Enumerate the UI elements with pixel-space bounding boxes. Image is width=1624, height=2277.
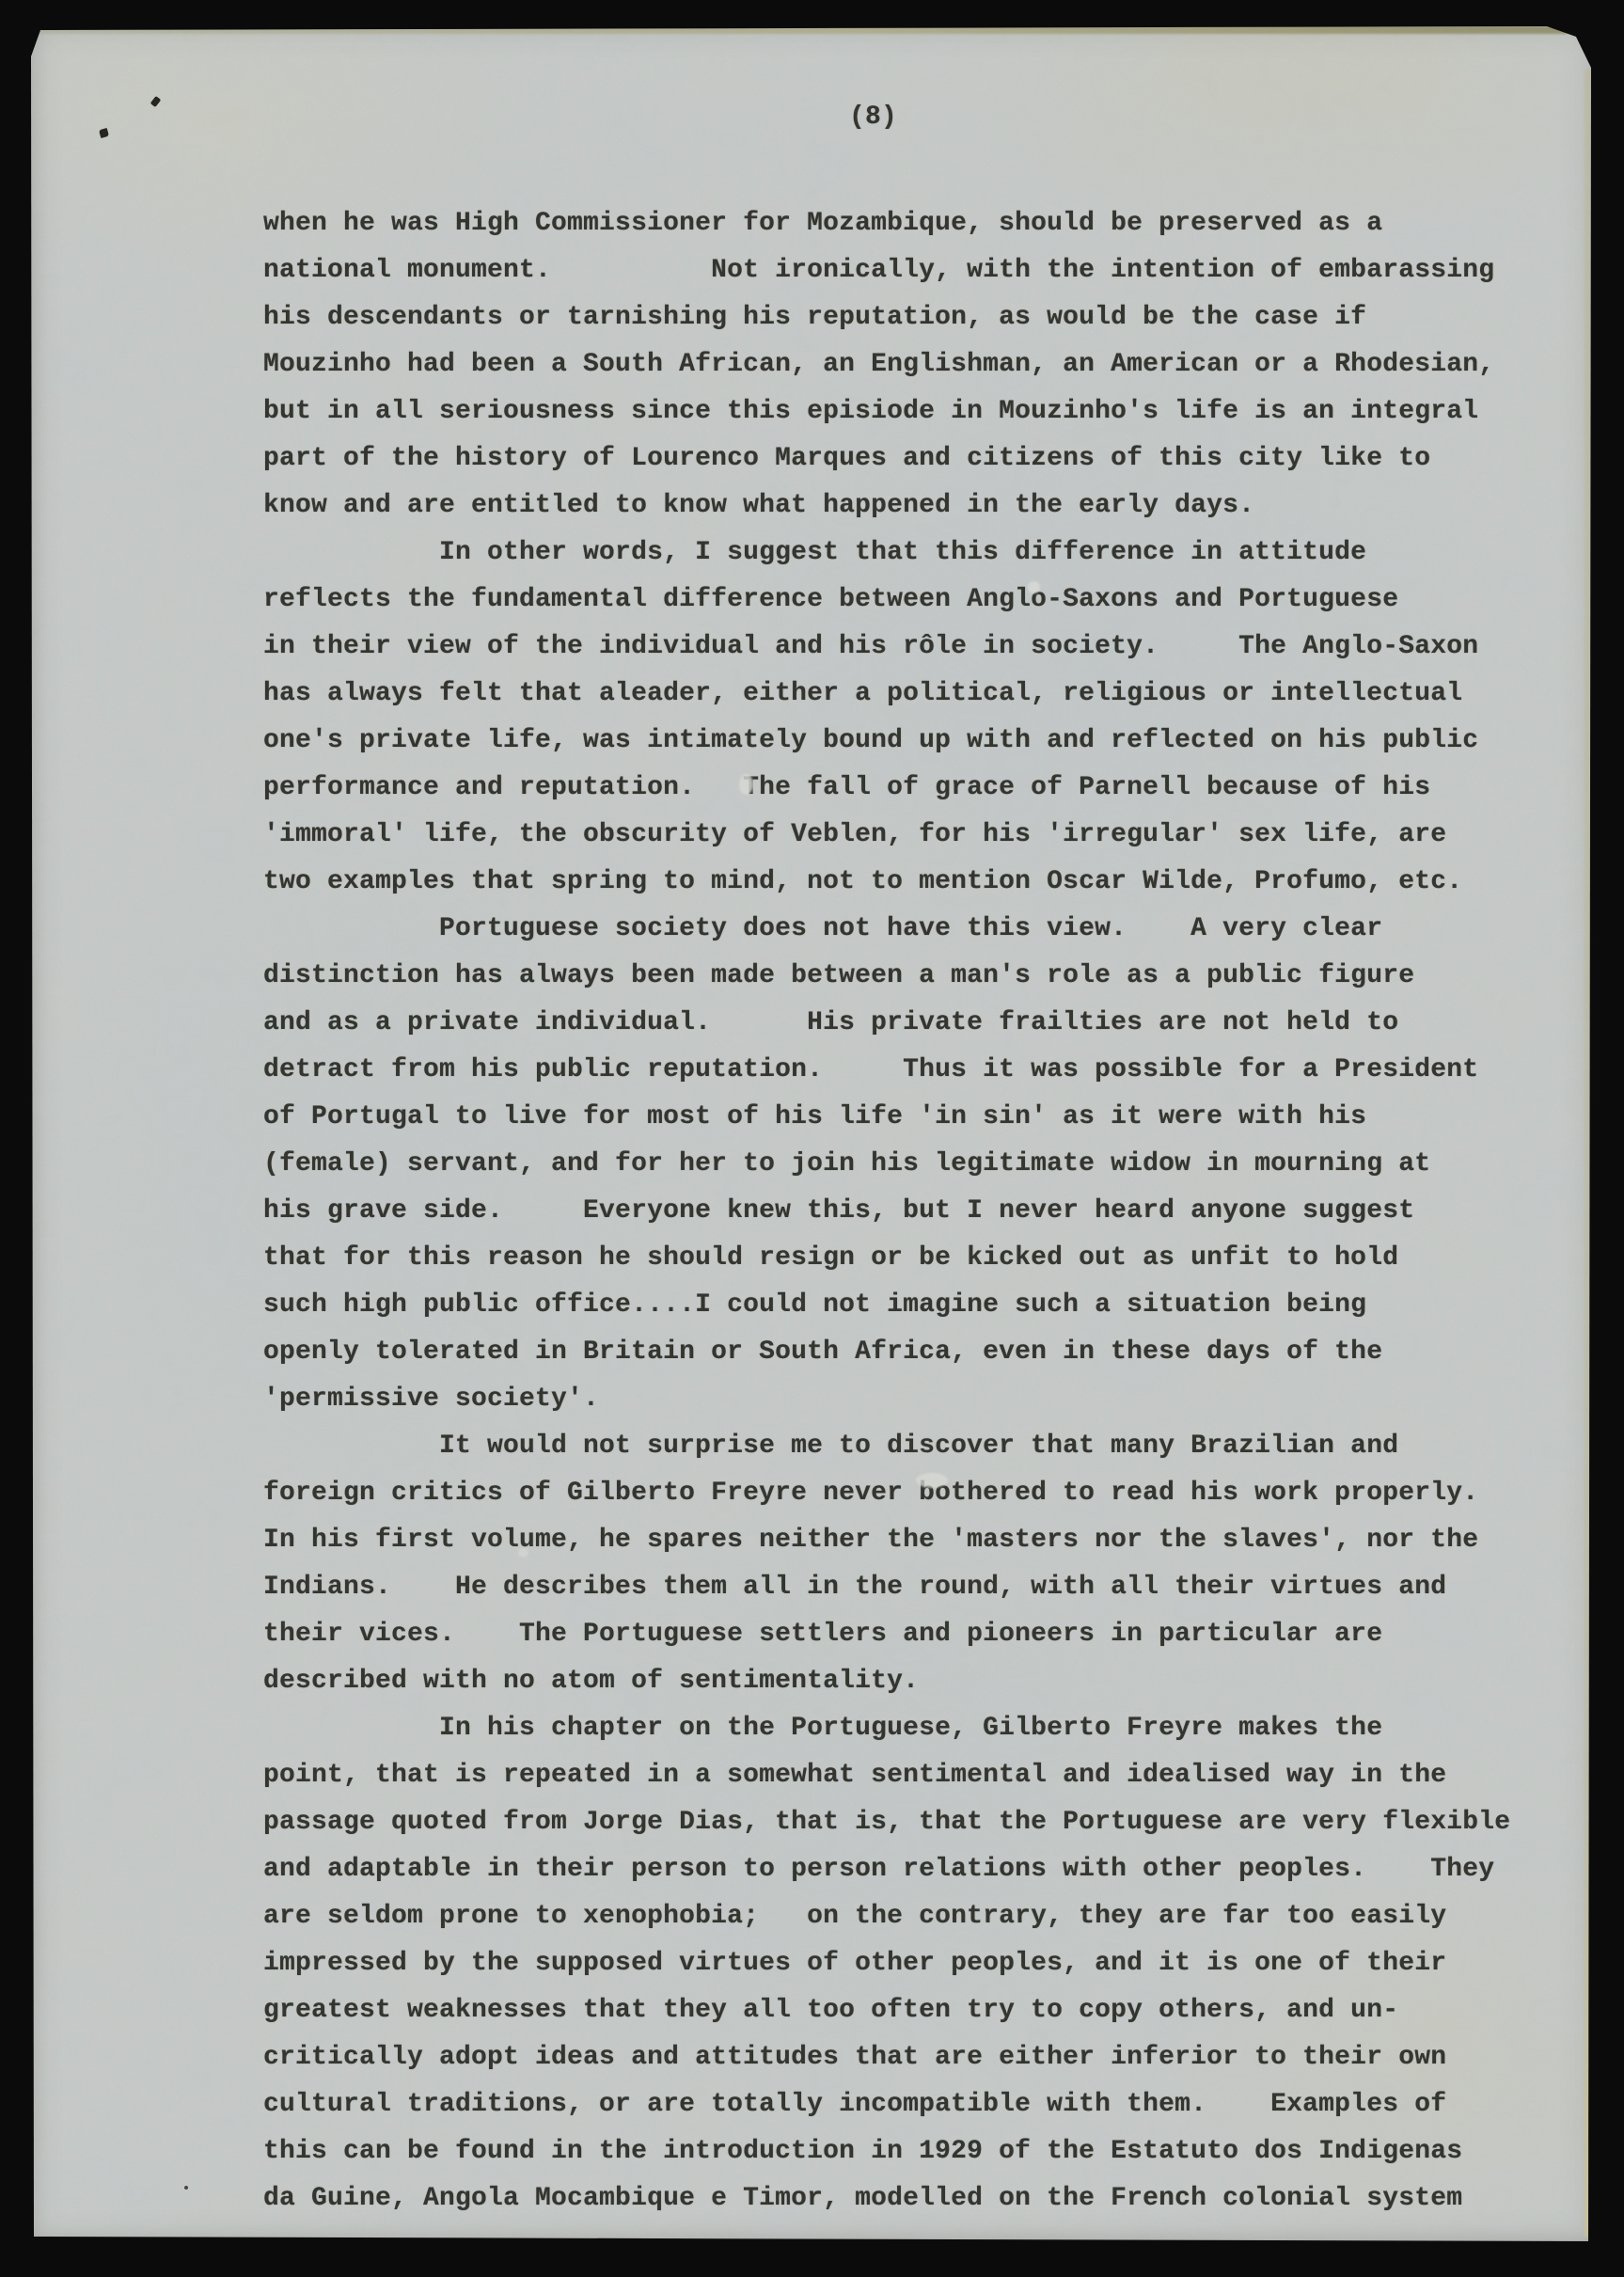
text-line: critically adopt ideas and attitudes tha… xyxy=(263,2034,1510,2081)
text-line: but in all seriousness since this episio… xyxy=(263,388,1510,435)
text-line: Indians. He describes them all in the ro… xyxy=(263,1564,1510,1611)
text-line: that for this reason he should resign or… xyxy=(263,1235,1510,1282)
typing-correction-mark xyxy=(916,1473,948,1488)
text-line: 'immoral' life, the obscurity of Veblen,… xyxy=(263,812,1510,859)
paper-top-edge-tint xyxy=(37,26,1567,34)
paper-speck xyxy=(99,128,109,138)
typing-correction-mark xyxy=(1028,581,1040,593)
text-line: such high public office....I could not i… xyxy=(263,1282,1510,1329)
text-line: in their view of the individual and his … xyxy=(263,624,1510,671)
text-line: greatest weaknesses that they all too of… xyxy=(263,1987,1510,2034)
text-line: when he was High Commissioner for Mozamb… xyxy=(263,200,1510,247)
text-line: his grave side. Everyone knew this, but … xyxy=(263,1188,1510,1235)
text-line: da Guine, Angola Mocambique e Timor, mod… xyxy=(263,2175,1510,2222)
text-line: In his first volume, he spares neither t… xyxy=(263,1517,1510,1564)
text-line: In his chapter on the Portuguese, Gilber… xyxy=(263,1705,1510,1752)
text-line: of Portugal to live for most of his life… xyxy=(263,1094,1510,1141)
text-line: foreign critics of Gilberto Freyre never… xyxy=(263,1470,1510,1517)
typing-correction-mark xyxy=(739,774,753,795)
text-line: his descendants or tarnishing his reputa… xyxy=(263,294,1510,341)
text-line: distinction has always been made between… xyxy=(263,953,1510,1000)
scanner-background: (8) when he was High Commissioner for Mo… xyxy=(0,0,1624,2277)
text-line: performance and reputation. The fall of … xyxy=(263,765,1510,812)
text-line: know and are entitled to know what happe… xyxy=(263,482,1510,530)
text-line: (female) servant, and for her to join hi… xyxy=(263,1141,1510,1188)
text-line: 'permissive society'. xyxy=(263,1376,1510,1423)
text-line: It would not surprise me to discover tha… xyxy=(263,1423,1510,1470)
page-number: (8) xyxy=(849,94,897,141)
paper-speck xyxy=(150,96,162,107)
text-line: national monument. Not ironically, with … xyxy=(263,247,1510,294)
text-line: Portuguese society does not have this vi… xyxy=(263,906,1510,953)
text-line: this can be found in the introduction in… xyxy=(263,2128,1510,2175)
text-line: their vices. The Portuguese settlers and… xyxy=(263,1611,1510,1658)
document-page: (8) when he was High Commissioner for Mo… xyxy=(31,26,1591,2241)
text-line: passage quoted from Jorge Dias, that is,… xyxy=(263,1799,1510,1846)
text-line: impressed by the supposed virtues of oth… xyxy=(263,1940,1510,1987)
text-line: are seldom prone to xenophobia; on the c… xyxy=(263,1893,1510,1940)
typewritten-text: when he was High Commissioner for Mozamb… xyxy=(263,200,1510,2222)
text-line: part of the history of Lourenco Marques … xyxy=(263,435,1510,482)
text-line: cultural traditions, or are totally inco… xyxy=(263,2081,1510,2128)
text-line: two examples that spring to mind, not to… xyxy=(263,859,1510,906)
text-line: has always felt that aleader, either a p… xyxy=(263,671,1510,718)
paper-speck xyxy=(184,2186,188,2190)
text-line: point, that is repeated in a somewhat se… xyxy=(263,1752,1510,1799)
text-line: detract from his public reputation. Thus… xyxy=(263,1047,1510,1094)
text-line: and adaptable in their person to person … xyxy=(263,1846,1510,1893)
text-line: and as a private individual. His private… xyxy=(263,1000,1510,1047)
text-line: one's private life, was intimately bound… xyxy=(263,718,1510,765)
paper-right-edge-tint xyxy=(1585,70,1591,2237)
text-line: In other words, I suggest that this diff… xyxy=(263,530,1510,577)
typing-correction-mark xyxy=(518,1548,528,1558)
text-line: openly tolerated in Britain or South Afr… xyxy=(263,1329,1510,1376)
text-line: reflects the fundamental difference betw… xyxy=(263,577,1510,624)
text-line: Mouzinho had been a South African, an En… xyxy=(263,341,1510,388)
text-line: described with no atom of sentimentality… xyxy=(263,1658,1510,1705)
